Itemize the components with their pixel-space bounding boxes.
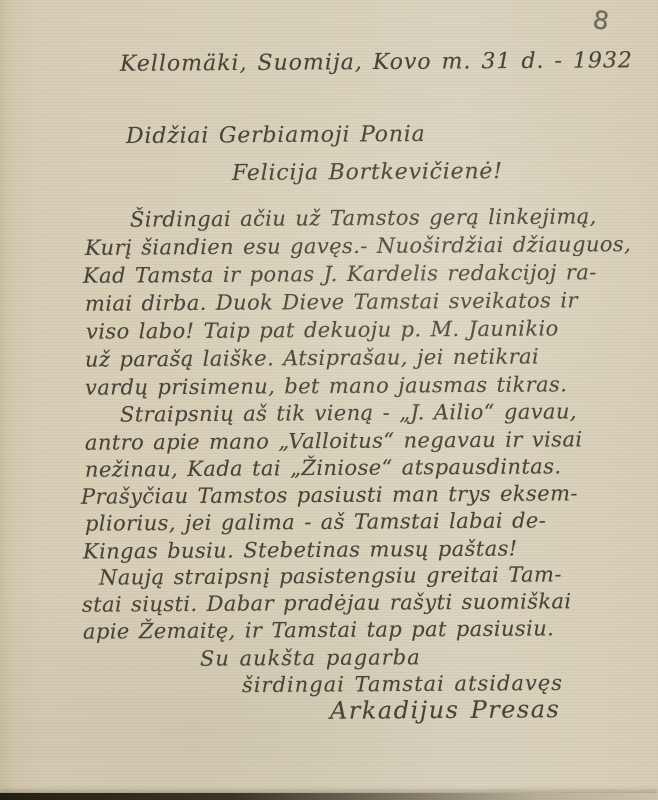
signoff-line: širdingai Tamstai atsidavęs [242, 670, 563, 698]
dateline: Kellomäki, Suomija, Kovo m. 31 d. - 1932 [120, 48, 633, 78]
body-line: apie Žemaitę, ir Tamstai tap pat pasiusi… [83, 615, 554, 644]
body-line: miai dirba. Duok Dieve Tamstai sveikatos… [85, 287, 578, 316]
body-line: pliorius, jei galima - aš Tamstai labai … [85, 507, 546, 536]
body-line: Prašyčiau Tamstos pasiusti man trys ekse… [81, 480, 578, 509]
body-line: viso labo! Taip pat dekuoju p. M. Jaunik… [86, 315, 559, 344]
body-line: Kingas busiu. Stebetinas musų paštas! [83, 535, 518, 564]
signature-name: Arkadijus Presas [330, 696, 560, 724]
letter-scan-page: 8 Kellomäki, Suomija, Kovo m. 31 d. - 19… [0, 0, 658, 800]
salutation-line: Didžiai Gerbiamoji Ponia [126, 122, 426, 150]
body-line: Straipsnių aš tik vieną - „J. Ailio“ gav… [120, 398, 577, 427]
body-line: Širdingai ačiu už Tamstos gerą linkejimą… [130, 203, 597, 232]
body-line: stai siųsti. Dabar pradėjau rašyti suomi… [82, 588, 572, 617]
body-line: nežinau, Kada tai „Žiniose“ atspausdinta… [85, 453, 562, 482]
body-line: Naują straipsnį pasistengsiu greitai Tam… [99, 561, 562, 590]
closing-line: Su aukšta pagarba [200, 644, 421, 672]
body-line: vardų prisimenu, bet mano jausmas tikras… [85, 371, 567, 400]
body-line: Kurį šiandien esu gavęs.- Nuoširdžiai dž… [85, 231, 631, 261]
page-number-annotation: 8 [591, 5, 611, 36]
body-line: už parašą laiške. Atsiprašau, jei netikr… [85, 343, 539, 372]
paper-bottom-edge [0, 793, 658, 800]
recipient-name-line: Felicija Bortkevičienė! [232, 159, 503, 187]
body-line: antro apie mano „Valloitus“ negavau ir v… [85, 426, 583, 455]
body-line: Kad Tamsta ir ponas J. Kardelis redakcij… [83, 259, 597, 289]
